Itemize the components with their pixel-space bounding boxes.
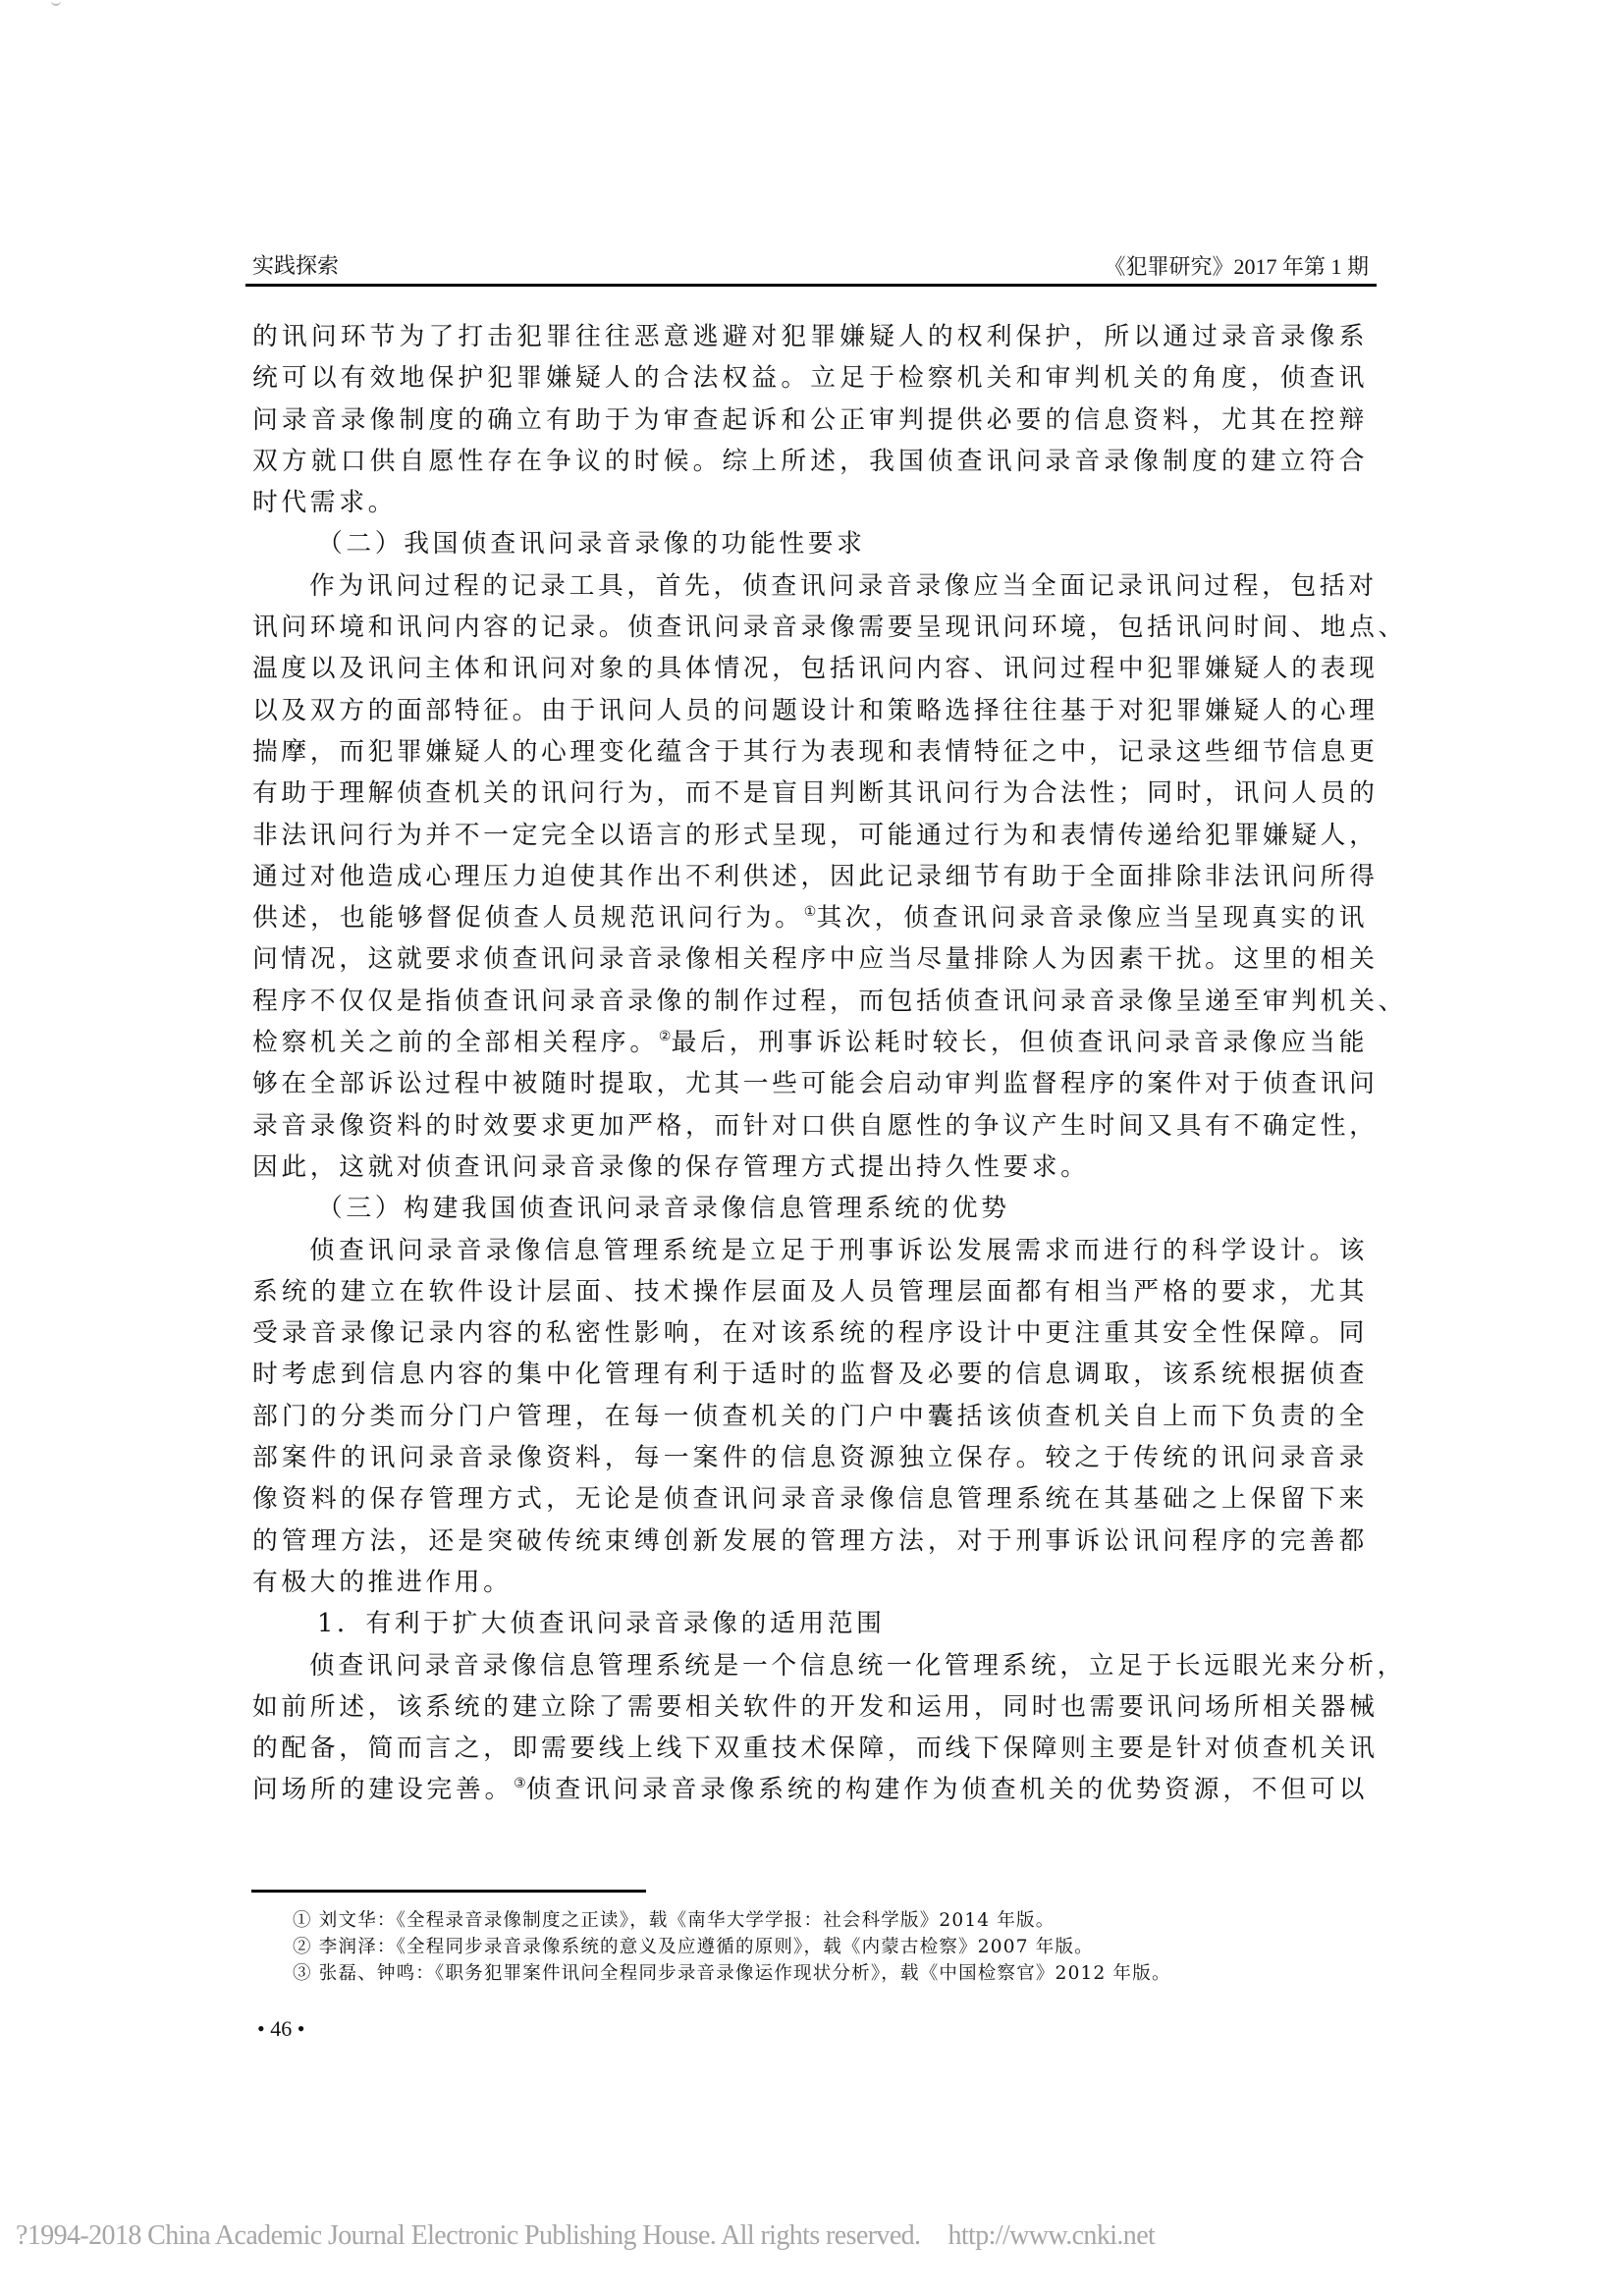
footnote-ref[interactable]: ①	[804, 904, 817, 920]
scan-artifact	[51, 0, 61, 6]
section-heading: （三）构建我国侦查讯问录音录像信息管理系统的优势	[252, 1188, 1368, 1229]
line-text: 检察机关之前的全部相关程序。	[252, 1028, 659, 1057]
line-text: 统可以有效地保护犯罪嫌疑人的合法权益。立足于检察机关和审判机关的角度，侦查讯	[252, 363, 1368, 393]
cnki-url[interactable]: http://www.cnki.net	[947, 2220, 1155, 2251]
footnote-item: ② 李润泽：《全程同步录音录像系统的意义及应遵循的原则》，载《内蒙古检察》200…	[293, 1934, 1373, 1960]
body-line: 部案件的讯问录音录像资料，每一案件的信息资源独立保存。较之于传统的讯问录音录	[252, 1437, 1368, 1478]
footnotes: ① 刘文华：《全程录音录像制度之正读》，载《南华大学学报：社会科学版》2014 …	[293, 1907, 1373, 1987]
footnote-text: 刘文华：《全程录音录像制度之正读》，载《南华大学学报：社会科学版》2014 年版…	[319, 1910, 1056, 1931]
line-text: 作为讯问过程的记录工具，首先，侦查讯问录音录像应当全面记录讯问过程，包括对	[309, 571, 1378, 601]
line-text: 的讯问环节为了打击犯罪往往恶意逃避对犯罪嫌疑人的权利保护，所以通过录音录像系	[252, 322, 1368, 351]
body-line: 供述，也能够督促侦查人员规范讯问行为。①其次，侦查讯问录音录像应当呈现真实的讯	[252, 897, 1368, 938]
body-line: 问情况，这就要求侦查讯问录音录像相关程序中应当尽量排除人为因素干扰。这里的相关	[252, 938, 1368, 980]
body-line: 系统的建立在软件设计层面、技术操作层面及人员管理层面都有相当严格的要求，尤其	[252, 1271, 1368, 1312]
line-text: 时考虑到信息内容的集中化管理有利于适时的监督及必要的信息调取，该系统根据侦查	[252, 1360, 1368, 1389]
section-heading: （二）我国侦查讯问录音录像的功能性要求	[252, 523, 1368, 564]
line-text-after-ref: 其次，侦查讯问录音录像应当呈现真实的讯	[816, 903, 1368, 933]
footnote-rule	[251, 1890, 646, 1893]
line-text: （二）我国侦查讯问录音录像的功能性要求	[317, 529, 866, 559]
body-line: 部门的分类而分门户管理，在每一侦查机关的门户中囊括该侦查机关自上而下负责的全	[252, 1396, 1368, 1437]
body-line: 非法讯问行为并不一定完全以语言的形式呈现，可能通过行为和表情传递给犯罪嫌疑人，	[252, 815, 1368, 856]
line-text: 问录音录像制度的确立有助于为审查起诉和公正审判提供必要的信息资料，尤其在控辩	[252, 405, 1368, 435]
line-text-after-ref: 侦查讯问录音录像系统的构建作为侦查机关的优势资源，不但可以	[526, 1775, 1368, 1804]
line-text: 非法讯问行为并不一定完全以语言的形式呈现，可能通过行为和表情传递给犯罪嫌疑人，	[252, 821, 1378, 850]
body-line: 受录音录像记录内容的私密性影响，在对该系统的程序设计中更注重其安全性保障。同	[252, 1312, 1368, 1354]
footnote-mark: ②	[293, 1937, 312, 1957]
line-text: 讯问环境和讯问内容的记录。侦查讯问录音录像需要呈现讯问环境，包括讯问时间、地点、	[252, 613, 1407, 642]
line-text-after-ref: 最后，刑事诉讼耗时较长，但侦查讯问录音录像应当能	[672, 1028, 1368, 1057]
body-line: 有助于理解侦查机关的讯问行为，而不是盲目判断其讯问行为合法性；同时，讯问人员的	[252, 773, 1368, 814]
body-line: 问场所的建设完善。③侦查讯问录音录像系统的构建作为侦查机关的优势资源，不但可以	[252, 1769, 1368, 1810]
section-heading: 1．有利于扩大侦查讯问录音录像的适用范围	[252, 1603, 1368, 1644]
body-line: 像资料的保存管理方式，无论是侦查讯问录音录像信息管理系统在其基础之上保留下来	[252, 1478, 1368, 1520]
body-line: 温度以及讯问主体和讯问对象的具体情况，包括讯问内容、讯问过程中犯罪嫌疑人的表现	[252, 648, 1368, 689]
line-text: 揣摩，而犯罪嫌疑人的心理变化蕴含于其行为表现和表情特征之中，记录这些细节信息更	[252, 737, 1378, 767]
body-line: 侦查讯问录音录像信息管理系统是立足于刑事诉讼发展需求而进行的科学设计。该	[252, 1230, 1368, 1271]
line-text: 温度以及讯问主体和讯问对象的具体情况，包括讯问内容、讯问过程中犯罪嫌疑人的表现	[252, 654, 1378, 683]
line-text: 1．有利于扩大侦查讯问录音录像的适用范围	[317, 1609, 886, 1638]
line-text: 侦查讯问录音录像信息管理系统是立足于刑事诉讼发展需求而进行的科学设计。该	[309, 1236, 1368, 1265]
line-text: 侦查讯问录音录像信息管理系统是一个信息统一化管理系统，立足于长远眼光来分析，	[309, 1651, 1406, 1681]
line-text: 系统的建立在软件设计层面、技术操作层面及人员管理层面都有相当严格的要求，尤其	[252, 1277, 1368, 1307]
line-text: 部案件的讯问录音录像资料，每一案件的信息资源独立保存。较之于传统的讯问录音录	[252, 1443, 1368, 1472]
body-line: 作为讯问过程的记录工具，首先，侦查讯问录音录像应当全面记录讯问过程，包括对	[252, 565, 1368, 607]
line-text: 像资料的保存管理方式，无论是侦查讯问录音录像信息管理系统在其基础之上保留下来	[252, 1484, 1368, 1514]
line-text: 受录音录像记录内容的私密性影响，在对该系统的程序设计中更注重其安全性保障。同	[252, 1318, 1368, 1348]
footnote-text: 张磊、钟鸣：《职务犯罪案件讯问全程同步录音录像运作现状分析》，载《中国检察官》2…	[319, 1963, 1171, 1984]
line-text: 双方就口供自愿性存在争议的时候。综上所述，我国侦查讯问录音录像制度的建立符合	[252, 447, 1368, 476]
body-line: 双方就口供自愿性存在争议的时候。综上所述，我国侦查讯问录音录像制度的建立符合	[252, 441, 1368, 482]
body-line: 的配备，简而言之，即需要线上线下双重技术保障，而线下保障则主要是针对侦查机关讯	[252, 1728, 1368, 1769]
line-text: 程序不仅仅是指侦查讯问录音录像的制作过程，而包括侦查讯问录音录像呈递至审判机关、	[252, 987, 1407, 1016]
line-text: 录音录像资料的时效要求更加严格，而针对口供自愿性的争议产生时间又具有不确定性，	[252, 1111, 1378, 1141]
body-line: 有极大的推进作用。	[252, 1562, 1368, 1603]
article-body: 的讯问环节为了打击犯罪往往恶意逃避对犯罪嫌疑人的权利保护，所以通过录音录像系统可…	[252, 316, 1368, 1811]
body-line: 揣摩，而犯罪嫌疑人的心理变化蕴含于其行为表现和表情特征之中，记录这些细节信息更	[252, 731, 1368, 773]
header-rule	[245, 284, 1377, 287]
copyright-notice: ?1994-2018 China Academic Journal Electr…	[16, 2220, 920, 2251]
body-line: 通过对他造成心理压力迫使其作出不利供述，因此记录细节有助于全面排除非法讯问所得	[252, 856, 1368, 897]
body-line: 因此，这就对侦查讯问录音录像的保存管理方式提出持久性要求。	[252, 1147, 1368, 1188]
line-text: 时代需求。	[252, 488, 397, 517]
line-text: 以及双方的面部特征。由于讯问人员的问题设计和策略选择往往基于对犯罪嫌疑人的心理	[252, 696, 1378, 725]
footnote-text: 李润泽：《全程同步录音录像系统的意义及应遵循的原则》，载《内蒙古检察》2007 …	[319, 1937, 1094, 1957]
body-line: 如前所述，该系统的建立除了需要相关软件的开发和运用，同时也需要讯问场所相关器械	[252, 1686, 1368, 1728]
body-line: 时代需求。	[252, 482, 1368, 523]
body-line: 够在全部诉讼过程中被随时提取，尤其一些可能会启动审判监督程序的案件对于侦查讯问	[252, 1063, 1368, 1104]
line-text: 如前所述，该系统的建立除了需要相关软件的开发和运用，同时也需要讯问场所相关器械	[252, 1692, 1378, 1722]
line-text: 因此，这就对侦查讯问录音录像的保存管理方式提出持久性要求。	[252, 1152, 1090, 1182]
page-number: • 46 •	[257, 2016, 304, 2042]
footnote-ref[interactable]: ②	[659, 1029, 672, 1044]
line-text: 供述，也能够督促侦查人员规范讯问行为。	[252, 903, 804, 933]
body-line: 讯问环境和讯问内容的记录。侦查讯问录音录像需要呈现讯问环境，包括讯问时间、地点、	[252, 607, 1368, 648]
footnote-item: ③ 张磊、钟鸣：《职务犯罪案件讯问全程同步录音录像运作现状分析》，载《中国检察官…	[293, 1960, 1373, 1987]
body-line: 程序不仅仅是指侦查讯问录音录像的制作过程，而包括侦查讯问录音录像呈递至审判机关、	[252, 981, 1368, 1022]
line-text: （三）构建我国侦查讯问录音录像信息管理系统的优势	[317, 1194, 1010, 1223]
section-label: 实践探索	[252, 252, 339, 282]
footnote-mark: ①	[293, 1910, 312, 1931]
body-line: 的讯问环节为了打击犯罪往往恶意逃避对犯罪嫌疑人的权利保护，所以通过录音录像系	[252, 316, 1368, 357]
line-text: 的配备，简而言之，即需要线上线下双重技术保障，而线下保障则主要是针对侦查机关讯	[252, 1734, 1378, 1763]
line-text: 的管理方法，还是突破传统束缚创新发展的管理方法，对于刑事诉讼讯问程序的完善都	[252, 1526, 1368, 1556]
body-line: 录音录像资料的时效要求更加严格，而针对口供自愿性的争议产生时间又具有不确定性，	[252, 1105, 1368, 1147]
body-line: 检察机关之前的全部相关程序。②最后，刑事诉讼耗时较长，但侦查讯问录音录像应当能	[252, 1022, 1368, 1063]
line-text: 够在全部诉讼过程中被随时提取，尤其一些可能会启动审判监督程序的案件对于侦查讯问	[252, 1069, 1378, 1098]
line-text: 通过对他造成心理压力迫使其作出不利供述，因此记录细节有助于全面排除非法讯问所得	[252, 862, 1378, 891]
running-head: 实践探索 《犯罪研究》2017 年第 1 期	[251, 252, 1377, 282]
journal-issue: 《犯罪研究》2017 年第 1 期	[1104, 252, 1369, 282]
line-text: 有助于理解侦查机关的讯问行为，而不是盲目判断其讯问行为合法性；同时，讯问人员的	[252, 778, 1378, 808]
line-text: 问情况，这就要求侦查讯问录音录像相关程序中应当尽量排除人为因素干扰。这里的相关	[252, 944, 1378, 974]
copyright-footer: ?1994-2018 China Academic Journal Electr…	[16, 2220, 1155, 2252]
body-line: 时考虑到信息内容的集中化管理有利于适时的监督及必要的信息调取，该系统根据侦查	[252, 1354, 1368, 1395]
body-line: 侦查讯问录音录像信息管理系统是一个信息统一化管理系统，立足于长远眼光来分析，	[252, 1645, 1368, 1686]
body-line: 以及双方的面部特征。由于讯问人员的问题设计和策略选择往往基于对犯罪嫌疑人的心理	[252, 690, 1368, 731]
body-line: 问录音录像制度的确立有助于为审查起诉和公正审判提供必要的信息资料，尤其在控辩	[252, 400, 1368, 441]
line-text: 部门的分类而分门户管理，在每一侦查机关的门户中囊括该侦查机关自上而下负责的全	[252, 1402, 1368, 1431]
footnote-item: ① 刘文华：《全程录音录像制度之正读》，载《南华大学学报：社会科学版》2014 …	[293, 1907, 1373, 1934]
footnote-ref[interactable]: ③	[514, 1776, 526, 1791]
body-line: 统可以有效地保护犯罪嫌疑人的合法权益。立足于检察机关和审判机关的角度，侦查讯	[252, 357, 1368, 399]
footnote-mark: ③	[293, 1963, 312, 1984]
line-text: 问场所的建设完善。	[252, 1775, 514, 1804]
line-text: 有极大的推进作用。	[252, 1568, 513, 1597]
body-line: 的管理方法，还是突破传统束缚创新发展的管理方法，对于刑事诉讼讯问程序的完善都	[252, 1521, 1368, 1562]
